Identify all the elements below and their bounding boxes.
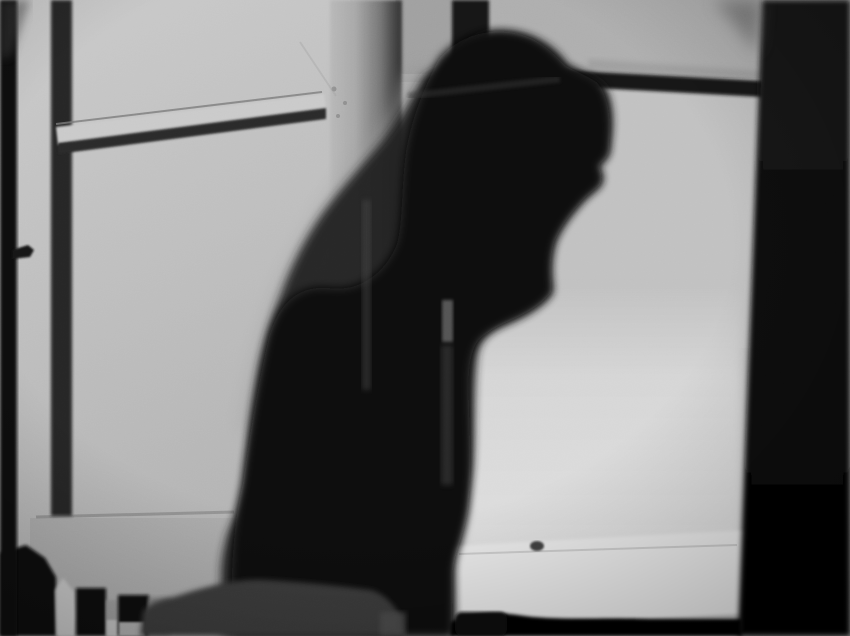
photograph: Grainy black-and-white photo: the dark s…	[0, 0, 850, 636]
vignette	[0, 0, 850, 636]
photo-canvas: Grainy black-and-white photo: the dark s…	[0, 0, 850, 636]
